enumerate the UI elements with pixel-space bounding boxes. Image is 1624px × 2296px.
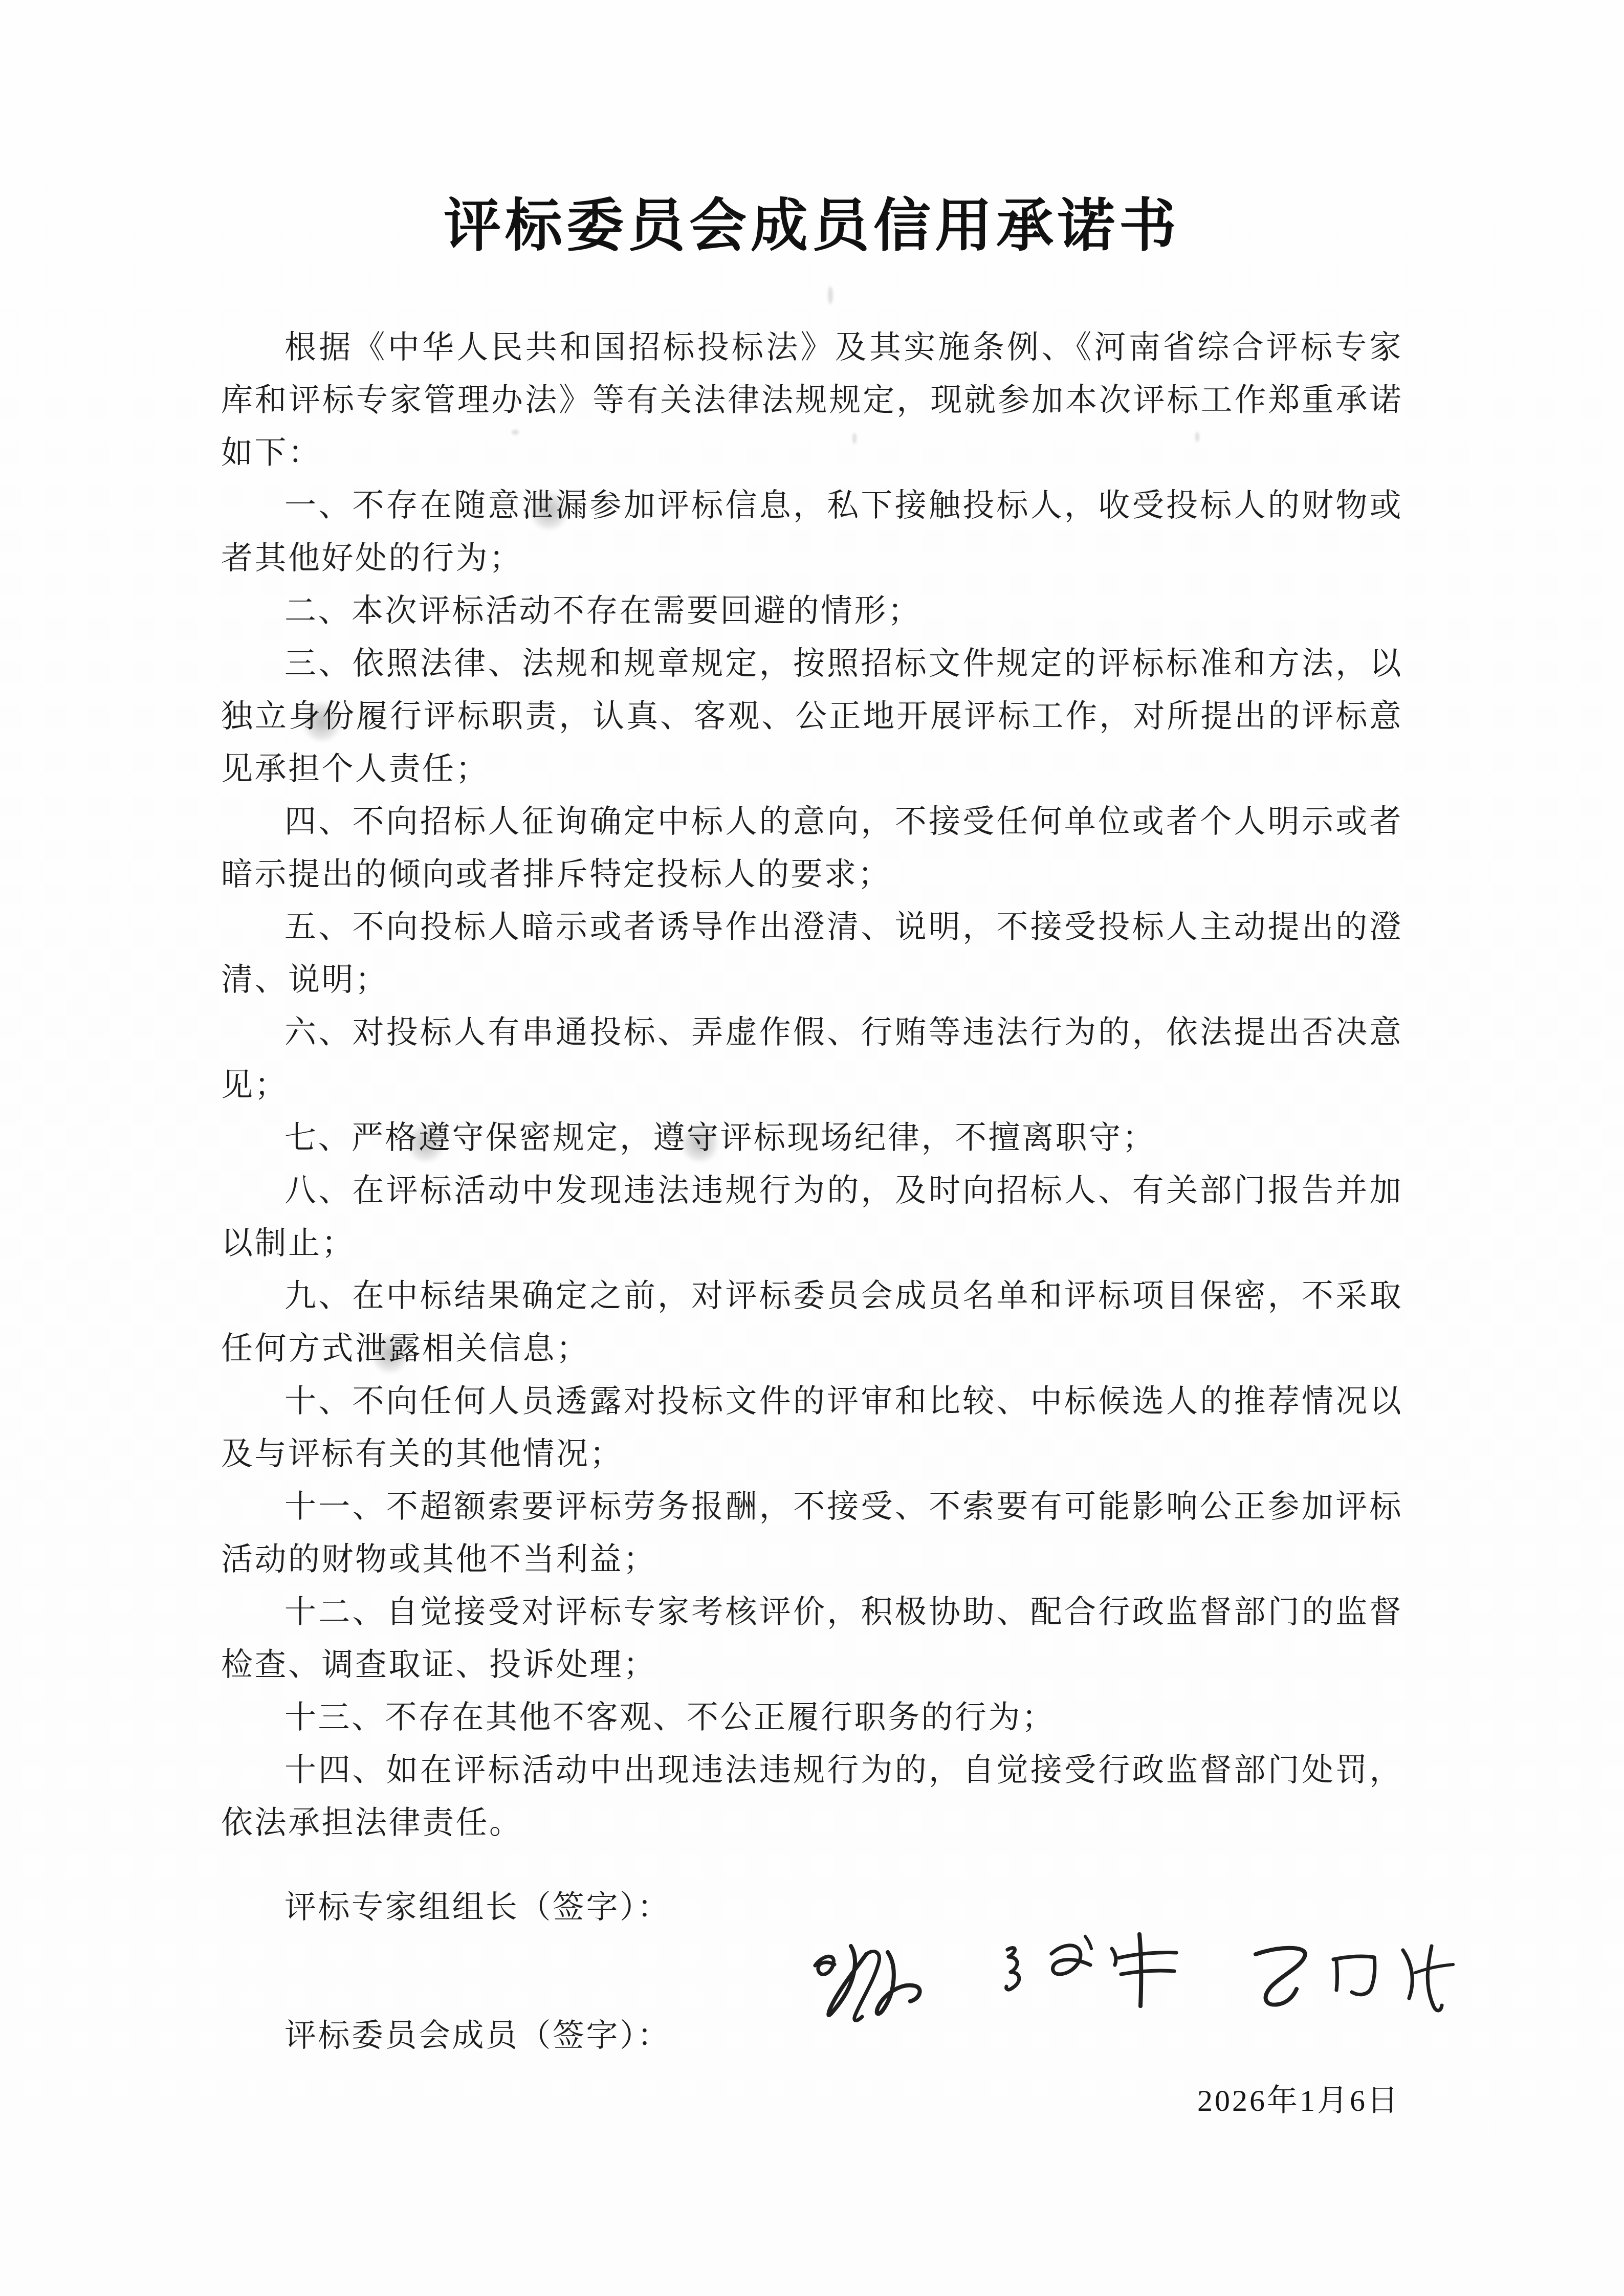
commitment-item-6: 六、对投标人有串通投标、弄虚作假、行贿等违法行为的，依法提出否决意见； [221, 1007, 1403, 1112]
handwritten-signature-3 [1243, 1939, 1468, 2023]
document-date: 2026年1月6日 [1197, 2076, 1400, 2120]
commitment-item-11: 十一、不超额索要评标劳务报酬，不接受、不索要有可能影响公正参加评标活动的财物或其… [221, 1481, 1403, 1586]
scan-noise-smear [828, 286, 833, 304]
document-body: 根据《中华人民共和国招标投标法》及其实施条例、《河南省综合评标专家库和评标专家管… [221, 322, 1403, 2063]
commitment-item-14: 十四、如在评标活动中出现违法违规行为的，自觉接受行政监督部门处罚，依法承担法律责… [221, 1745, 1403, 1850]
commitment-item-2: 二、本次评标活动不存在需要回避的情形； [221, 585, 1403, 638]
scan-noise-tick [1195, 432, 1199, 442]
scanned-document-page: 评标委员会成员信用承诺书 根据《中华人民共和国招标投标法》及其实施条例、《河南省… [0, 0, 1624, 2296]
scan-noise-dot [512, 430, 519, 435]
leader-signature-label: 评标专家组组长（签字）： [221, 1882, 1403, 1934]
scan-noise-tick [852, 433, 857, 444]
commitment-item-9: 九、在中标结果确定之前，对评标委员会成员名单和评标项目保密，不采取任何方式泄露相… [221, 1270, 1403, 1376]
commitment-item-3: 三、依照法律、法规和规章规定，按照招标文件规定的评标标准和方法，以独立身份履行评… [221, 638, 1403, 796]
commitment-item-4: 四、不向招标人征询确定中标人的意向，不接受任何单位或者个人明示或者暗示提出的倾向… [221, 796, 1403, 901]
commitment-item-8: 八、在评标活动中发现违法违规行为的，及时向招标人、有关部门报告并加以制止； [221, 1165, 1403, 1270]
commitment-item-10: 十、不向任何人员透露对投标文件的评审和比较、中标候选人的推荐情况以及与评标有关的… [221, 1376, 1403, 1481]
handwritten-signature-2 [990, 1931, 1195, 2013]
commitment-item-13: 十三、不存在其他不客观、不公正履行职务的行为； [221, 1692, 1403, 1745]
handwritten-signature-1 [806, 1939, 954, 2028]
commitment-item-1: 一、不存在随意泄漏参加评标信息，私下接触投标人，收受投标人的财物或者其他好处的行… [221, 480, 1403, 585]
page-title: 评标委员会成员信用承诺书 [0, 180, 1624, 262]
commitment-item-5: 五、不向投标人暗示或者诱导作出澄清、说明，不接受投标人主动提出的澄清、说明； [221, 901, 1403, 1007]
intro-paragraph: 根据《中华人民共和国招标投标法》及其实施条例、《河南省综合评标专家库和评标专家管… [221, 322, 1403, 480]
commitment-item-12: 十二、自觉接受对评标专家考核评价，积极协助、配合行政监督部门的监督检查、调查取证… [221, 1586, 1403, 1692]
commitment-item-7: 七、严格遵守保密规定，遵守评标现场纪律，不擅离职守； [221, 1112, 1403, 1165]
